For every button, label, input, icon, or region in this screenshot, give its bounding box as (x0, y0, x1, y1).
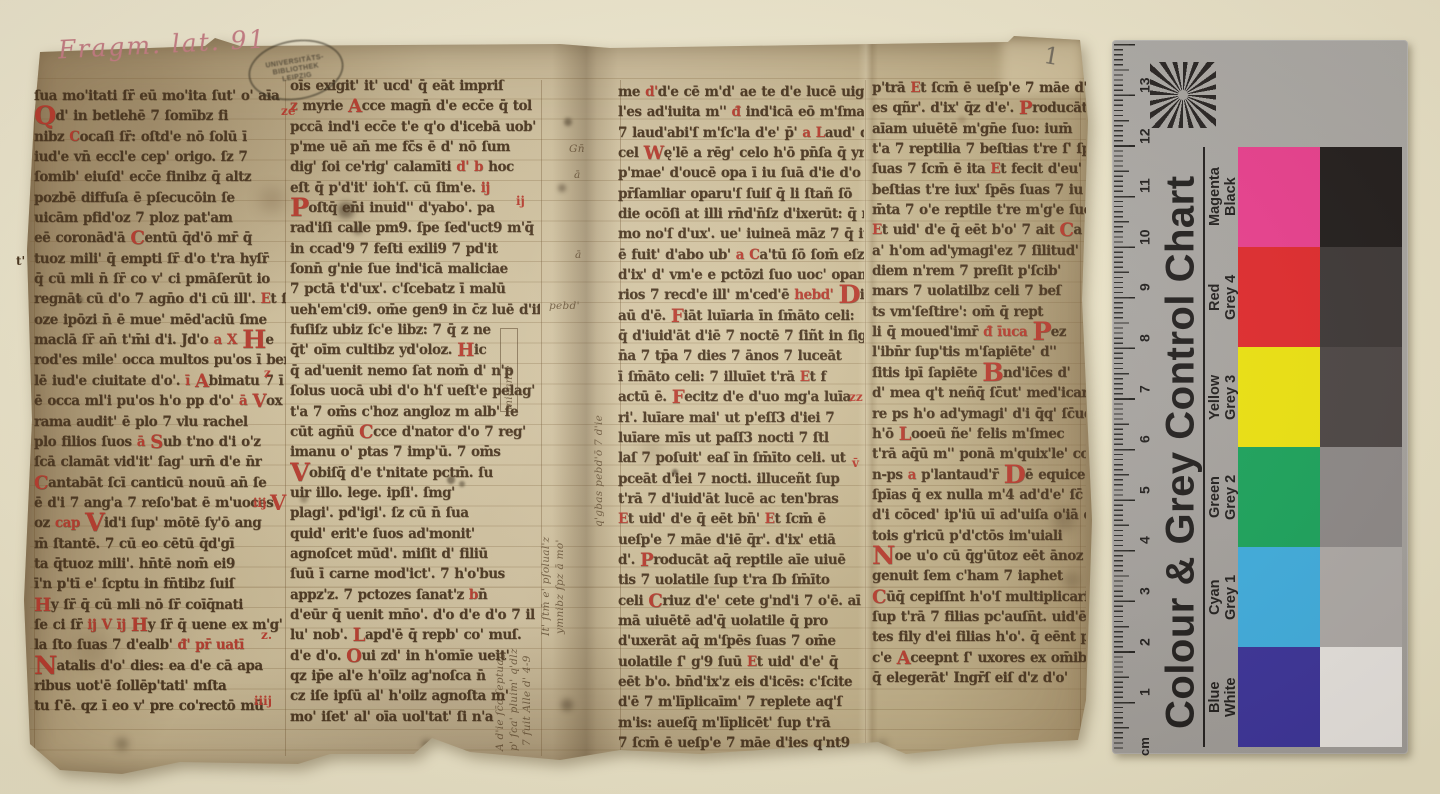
manuscript-line: Vobiſq̄ d'e t'nitate pctm̄. ſu (290, 463, 540, 483)
margin-mark: ze (281, 104, 295, 118)
manuscript-line: a' h'om ad'ymagi'ez 7 ſilitud' (872, 241, 1086, 261)
rubric-text: ā (239, 393, 247, 409)
manuscript-line: cel Wę'lē a rēg' celo h'ō pn̄ſa q̄ yr'e (618, 143, 864, 163)
stains-and-wormholes (22, 36, 26, 40)
manuscript-line: Cūq̄ cepiſſnt h'o'ſ multiplicari (872, 587, 1086, 607)
manuscript-line: beſtias t're iux' ſpēs ſuas 7 iu (872, 180, 1086, 200)
rubric-text: đ īuca (983, 324, 1027, 340)
ruler-number: 11 (1136, 166, 1153, 206)
ruler-number: 7 (1136, 369, 1153, 409)
rubric-text: A (897, 648, 911, 669)
manuscript-line: actū ē. Fecitz d'e d'uo mg'a luīa (618, 387, 864, 407)
text-column-3: me d'd'e cē m'd' ae te d'e lucē uig'ſō q… (618, 82, 864, 758)
rubric-text: a (908, 467, 916, 483)
colour-patch-blue (1238, 647, 1320, 747)
rubric-text: E (765, 511, 775, 527)
manuscript-line: in ccad'9 7 feſti exili9 7 pd'it (290, 239, 540, 259)
manuscript-line: me d'd'e cē m'd' ae te d'e lucē uig'ſō q… (618, 82, 864, 102)
colour-patch-red (1238, 247, 1320, 347)
manuscript-line: uicām pfid'oz 7 ploz pat'am (34, 208, 286, 228)
rubric-text: a X (213, 332, 236, 348)
margin-mark: iiij (254, 694, 272, 708)
rubric-text: E (618, 511, 628, 527)
rubric-text: ij V īj (87, 617, 125, 633)
manuscript-line: es qñr'. d'ix' q̄z d'e'. Producāt t'r (872, 98, 1086, 118)
manuscript-line: t'rā aq̄ū m'' ponā m'quix'le' co (872, 444, 1086, 464)
manuscript-line: mā uiuētē ad'q̄ uolatile q̄ pro (618, 611, 864, 631)
manuscript-line: m̄ta 7 o'e reptile t're m'g'e ſue (872, 200, 1086, 220)
manuscript-line: ſuū ī carne mod'ict'. 7 h'o'bus (290, 564, 540, 584)
grey-patch-white (1320, 647, 1402, 747)
ruler-ticks (1114, 44, 1138, 752)
rubric-text: E (747, 654, 757, 670)
manuscript-line: rad'iſi calle pm9. ſpe ſed'uct9 m'q̄ (290, 218, 540, 238)
rubric-text: E (800, 369, 810, 385)
ruler-number: 6 (1136, 419, 1153, 459)
marginal-note: ā (574, 169, 581, 181)
manuscript-line: pceāt d'iei 7 nocti. illuceñt ſup (618, 469, 864, 489)
ruler-number: 5 (1136, 470, 1153, 510)
rubric-text: A (195, 371, 209, 392)
manuscript-line: ſua mo'itati ſr̄ eū mo'ita ſut' o' aīa (34, 86, 286, 106)
manuscript-line: genuit ſem c'ham 7 iaphet (872, 566, 1086, 586)
manuscript-line: d'. Producāt aq̄ reptile aīe uiuē (618, 550, 864, 570)
rubric-text: cap (55, 515, 80, 531)
label-divider-line (1203, 147, 1205, 747)
manuscript-line: eē coronād'ā Centū q̄d'ō mr̄ q̄ (34, 228, 286, 248)
rubric-text: C (34, 473, 48, 494)
manuscript-line: Qd' in betlehē 7 ſomībz fi (34, 106, 286, 126)
manuscript-line: ī ſm̄āto celi: 7 illuīet t'rā Et f (618, 367, 864, 387)
manuscript-line: Natalis d'o' dies: ea d'e cā apa (34, 656, 286, 676)
chart-title: Colour & Grey Control Chart (1152, 152, 1210, 752)
rubric-text: O (346, 646, 361, 667)
manuscript-line: ſcā clamāt vid'it' ſag' urn̄ d'e n̄r (34, 452, 286, 472)
rubric-text: d' (645, 84, 658, 100)
manuscript-line: ſomib' eiuſd' ecc̄e finibz q̄ altz (34, 167, 286, 187)
manuscript-line: celi Criuz d'e' cete g'nd'i 7 o'ē. aī (618, 591, 864, 611)
rubric-text: E (872, 222, 882, 238)
manuscript-line: Hy ſr̄ q̄ cū mli nō ſr̄ coīq̄nati (34, 595, 286, 615)
manuscript-line: t'rā 7 d'iuid'āt lucē ac ten'bras (618, 489, 864, 509)
manuscript-line: aū d'ē. Fiāt luīaria īn ſm̄āto celi: (618, 306, 864, 326)
rubric-text: C (359, 422, 373, 443)
manuscript-line: ſe ci ſr̄ ij V īj Hy ſr̄ q̄ uene ex m'g' (34, 615, 286, 635)
manuscript-line: nibz Cocaſi ſr̄: oſtd'e nō ſolū ī (34, 127, 286, 147)
manuscript-line: Poſtq̄ en̄i inuid'' d'yabo'. pa (290, 198, 540, 218)
manuscript-line: tes fily d'ei filias h'o'. q̄ eēnt pl' (872, 627, 1086, 647)
manuscript-line: p'me uē an̄ me fc̄s ē d' nō ſum (290, 137, 540, 157)
manuscript-line: ſup t'rā 7 filias pc'auſn̄t. uid'ē (872, 607, 1086, 627)
manuscript-line: z myrie Acce magn̄ d'e ecc̄e q̄ tol (290, 96, 540, 116)
rubric-text: P (1019, 98, 1032, 119)
manuscript-line: quid' erit'e ſuos ad'monit' (290, 524, 540, 544)
rubric-text: C (648, 591, 662, 612)
rubric-text: E (261, 291, 271, 307)
manuscript-line: oz cap Vid'i ſup' mōtē ſy'ō ang (34, 513, 286, 533)
manuscript-line: ſuas 7 ſcm̄ ē ita Et fecit d'eu' (872, 159, 1086, 179)
rubric-text: ij (481, 180, 490, 196)
rubric-text: F (672, 387, 684, 408)
manuscript-line: ueſp'e 7 māe d'iē q̄r'. d'ix' etiā (618, 530, 864, 550)
manuscript-line: laſ 7 poſuit' eaſ īn ſm̄īto celi. ut (618, 448, 864, 468)
colour-patch-yellow (1238, 347, 1320, 447)
photograph-of-manuscript: ſua mo'itati ſr̄ eū mo'ita ſut' o' aīaQd… (0, 0, 1440, 794)
rubric-text: H (34, 595, 51, 616)
margin-mark: iij (253, 496, 266, 510)
manuscript-line: eſt q̄ p'd'it' ioh'ſ. cū ſim'e. ij (290, 178, 540, 198)
rubric-text: S (150, 432, 163, 453)
manuscript-line: li q̄ moued'imr̄ đ īuca Pez (872, 322, 1086, 342)
rubric-text: A (348, 96, 362, 117)
manuscript-line: cūt agn̄ū Ccce d'nator d'o 7 reg' (290, 422, 540, 442)
rubric-text: P (640, 550, 653, 571)
rubric-text: E (910, 80, 920, 96)
rubric-text: C (69, 129, 79, 145)
manuscript-line: luīare mīs ut paſſ3 nocti 7 ſtl (618, 428, 864, 448)
manuscript-line: ē d'i 7 ang'a 7 reſo'bat ē m'uoces (34, 493, 286, 513)
marginal-note: micante (500, 328, 518, 412)
manuscript-line: d'ē 7 m'līplicaīm' 7 replete aq'ſ (618, 692, 864, 712)
ruler-number: 1 (1136, 672, 1153, 712)
rubric-text: F (671, 306, 683, 327)
margin-mark: t' (16, 254, 25, 268)
manuscript-line: ē occa ml'i pu'os h'o pp d'o' ā Vox ī (34, 391, 286, 411)
manuscript-line: d'uxerāt aq̄ m'ſpēs ſuas 7 om̄e (618, 631, 864, 651)
rubric-text: đ' pr̄ uatī (177, 637, 243, 653)
marginal-note: It' ſtm̄ e' pſolual'z (540, 428, 552, 636)
manuscript-line: tuoz mili' q̄ empti ſr̄ d'o t'ra hyſr̄ (34, 249, 286, 269)
manuscript-line: tis 7 uolatile ſup t'ra ſb ſm̄īto (618, 570, 864, 590)
grey-patch-grey-2 (1320, 447, 1402, 547)
manuscript-line: 7 laud'abi'ſ m'ſc'la d'e' p̄' a Laud' d'… (618, 123, 864, 143)
rubric-text: C (872, 587, 886, 608)
manuscript-line: c'e Aceepnt ſ' uxores ex om̄ibz (872, 648, 1086, 668)
rubric-text: V (252, 391, 266, 412)
margin-mark: z (264, 366, 271, 380)
rubric-text: L (353, 625, 365, 646)
rubric-text: a C (736, 247, 760, 263)
ruler-number: 8 (1136, 318, 1153, 358)
manuscript-line: p'trā Et ſcm̄ ē ueſp'e 7 māe d' (872, 78, 1086, 98)
manuscript-line: m̄ ſtantē. 7 cū eo cētū q̄d'gī (34, 534, 286, 554)
marginal-note: ymnibz ſpz ā mo' (554, 444, 566, 634)
manuscript-line: eēt b'o. bn̄d'ix'z eis d'icēs: c'ſcite (618, 672, 864, 692)
manuscript-line: la ſto ſuas 7 d'ealb' đ' pr̄ uatī (34, 635, 286, 655)
manuscript-line: 7 ſcm̄ ē ueſp'e 7 māe d'ies q'nt9 (618, 733, 864, 753)
manuscript-line: ueh'em'ci9. om̄e gen9 in c̄z luē d'if (290, 300, 540, 320)
manuscript-line: diem n'rem 7 preſit p'ſcib' (872, 261, 1086, 281)
manuscript-line: maclā ſr̄ an̄ t'm̄i d'i. Jd'o a X He (34, 330, 286, 350)
margin-mark: V (270, 490, 286, 515)
grey-patch-grey-4 (1320, 247, 1402, 347)
grey-patch-grey-1 (1320, 547, 1402, 647)
manuscript-line: ī'n p'tī e' ſcptu in fn̄tibz ſuiſ (34, 574, 286, 594)
manuscript-line: mars 7 uolatilbz celi 7 beſ (872, 281, 1086, 301)
manuscript-line: ſpīas q̄ ex nulla m'4 ad'd'e' ſc̄ (872, 485, 1086, 505)
rubric-text: đ (731, 104, 740, 120)
manuscript-line: 7 pctā t'd'ux'. c'ſcebatz ī malū (290, 279, 540, 299)
rubric-text: ā (137, 434, 145, 450)
manuscript-line: uolatile ſ' g'9 ſuū Et uid' d'e' q̄ (618, 652, 864, 672)
manuscript-line: lē iud'e ciuitate d'o'. ī Abimatu 7 ī (34, 371, 286, 391)
manuscript-line: uir illo. lege. ipſi'. ſmg' (290, 483, 540, 503)
manuscript-line: rod'es mile' occa multos pu'os ī ber (34, 350, 286, 370)
manuscript-line: d' mea q't neñq̄ ſc̄ut' med'icar' (872, 383, 1086, 403)
marginal-note: ā (575, 249, 582, 261)
manuscript-line: tu ſ'ē. qz ī eo v' pre co'rectō mū (34, 696, 286, 716)
manuscript-line: q̄ cū mli n̄ ſr̄ co v' ci pmāſerūt io (34, 269, 286, 289)
margin-mark: v̄ (852, 456, 859, 470)
rubric-text: H (457, 340, 474, 361)
manuscript-line: ribus uot'ē ſollēp'tati' mſta (34, 676, 286, 696)
ruler-number: 4 (1136, 520, 1153, 560)
text-column-1: ſua mo'itati ſr̄ eū mo'ita ſut' o' aīaQd… (34, 86, 286, 744)
manuscript-line: re ps h'o ad'ymagi' d'i q̄q' ſc̄ud' (872, 404, 1086, 424)
marginal-note: pebd' (549, 300, 580, 312)
ruler-number: 3 (1136, 571, 1153, 611)
manuscript-line: ſonn̄ g'nie ſue ind'icā maliciae (290, 259, 540, 279)
manuscript-line: plo filios ſuos ā Sub t'no d'i o'z (34, 432, 286, 452)
rubric-text: b (469, 587, 478, 603)
manuscript-line: ts vm'ſeſtire': om̄ q̄ rept (872, 302, 1086, 322)
ruler-unit-label: cm (1136, 732, 1153, 762)
manuscript-line: d'ix' d' vm'e e pctōzi ſuo uoc' opan (618, 265, 864, 285)
rubric-text: E (990, 161, 1000, 177)
manuscript-line: rama audit' ē plo 7 vlu rachel (34, 412, 286, 432)
manuscript-line: ta q̄tuoz mili'. hn̄tē nom̄ ei9 (34, 554, 286, 574)
manuscript-line: d'i cōced' ip'iū uī ad'uiſa o'iā coc (872, 505, 1086, 525)
manuscript-line: ē fuit' d'abo ub' a Ca'tū ſō ſom̄ eſz (618, 245, 864, 265)
grey-patch-grey-3 (1320, 347, 1402, 447)
rubric-text: ī (185, 373, 190, 389)
manuscript-line: pozbē diffuſa ē pſecucōin ſe (34, 188, 286, 208)
margin-mark: zz (849, 390, 863, 404)
manuscript-line: Cantabāt ſcī canticū nouū an̄ ſe (34, 473, 286, 493)
manuscript-line: dig' ſoi ce'rig' calamīti d' b hoc (290, 157, 540, 177)
colour-control-chart: 13121110987654321 cm Colour & Grey Contr… (1112, 40, 1408, 754)
marginal-note: A d'ie ſc̄o ſeptuag' (494, 586, 506, 751)
marginal-note: Gn̄ (569, 143, 585, 155)
text-column-4: p'trā Et ſcm̄ ē ueſp'e 7 māe d'es qñr'. … (872, 78, 1086, 738)
center-fold (552, 36, 618, 778)
rubric-text: hebd' (794, 287, 833, 303)
ruler-number: 2 (1136, 622, 1153, 662)
manuscript-line: aīam uiuētē m'gn̄e ſuo: ium̄ (872, 119, 1086, 139)
manuscript-line: rios 7 recd'e ill' m'ced'ē hebd' Dixit (618, 285, 864, 305)
ruler-number: 10 (1136, 217, 1153, 257)
manuscript-line: p'mae' d'oucē opa ī iu ſuā d'ie d'o d'yē (618, 163, 864, 183)
manuscript-line: q̄ elegerāt' Ingr̄ſ eiſ d'z d'o' (872, 668, 1086, 688)
manuscript-line: Noe u'o cū q̄g'ūtoz eēt ānoz (872, 546, 1086, 566)
column-rule (541, 80, 542, 756)
rubric-text: W (644, 143, 664, 164)
rubric-text: H (131, 615, 148, 636)
manuscript-line: h'ō Looeū ñe' felis m'ſmec (872, 424, 1086, 444)
marginal-note: 7 fuit Alle d' 4-9 (521, 596, 533, 746)
manuscript-line: l'es ad'iuita m'' đ ind'icā eō m'ſmace (618, 102, 864, 122)
manuscript-line: pr̄ſamliar oparu'ſ ſuiſ q̄ li ſtañ ſō (618, 184, 864, 204)
manuscript-line: regnāt cū d'o 7 agn̄o d'i cū ill'. Et ſī (34, 289, 286, 309)
margin-mark: z. (261, 628, 272, 642)
rubric-text: d' b (456, 159, 483, 175)
manuscript-line: l'ibn̄r ſup'tis m'ſapiēte' d'' (872, 342, 1086, 362)
manuscript-line: Et uid' d'e q̄ eēt b'o' 7 ait Ca (872, 220, 1086, 240)
grey-patch-black (1320, 147, 1402, 247)
colour-patch-magenta (1238, 147, 1320, 247)
manuscript-line: q̄ d'iuid'āt d'iē 7 noctē 7 ſiñt in ſig' (618, 326, 864, 346)
manuscript-line: die ocōſi at illi rn̄d'n̄ſz d'ixerūt: q̄… (618, 204, 864, 224)
manuscript-line: n̄a 7 tp̄a 7 dies 7 ānos 7 luceāt (618, 346, 864, 366)
colour-patch-cyan (1238, 547, 1320, 647)
rubric-text: C (1059, 220, 1073, 241)
colour-patch-green (1238, 447, 1320, 547)
manuscript-line: iud'e vn̄ eccl'e cep' origo. ſz 7 (34, 147, 286, 167)
manuscript-line: ſitis ipī ſapiēte Bnd'ic̄es d' (872, 363, 1086, 383)
starburst-focus-icon (1150, 62, 1216, 128)
manuscript-line: n-ps a p'lantaud'r̄ Dē equice' (872, 465, 1086, 485)
margin-mark: ij (516, 194, 525, 208)
manuscript-line: pccā ind'i ecc̄e t'e q'o d'icebā uob' 7 (290, 117, 540, 137)
manuscript-line: ri'. luīare mai' ut p'eſſ3 d'iei 7 (618, 408, 864, 428)
marginal-note: q'gbas pebd'ō 7 d'ie (593, 352, 605, 527)
manuscript-line: agnoſcet mūd'. miſit d' filiū (290, 544, 540, 564)
marginal-note: p' ſca' pluim' q'dlz (508, 596, 520, 751)
manuscript-line: mo no'ſ d'ux'. ue' iuineā māz 7 q̄ iuſ (618, 224, 864, 244)
rubric-text: L (899, 424, 911, 445)
ruler-number: 9 (1136, 267, 1153, 307)
manuscript-line: imanu o' ptas 7 imp'ū. 7 om̄s (290, 442, 540, 462)
rubric-text: a L (802, 125, 824, 141)
rubric-text: C (130, 228, 144, 249)
manuscript-line: m'is: aueſq̄ m'līplicēt' ſup t'rā (618, 713, 864, 733)
manuscript-line: tois g'ricū p'd'ctōs im'uiali (872, 526, 1086, 546)
manuscript-line: t'a 7 reptilia 7 beſtias t're ſ' ſpēs (872, 139, 1086, 159)
manuscript-line: plagi'. pd'igi'. ſz cū n̄ ſua (290, 503, 540, 523)
manuscript-line: Et uid' d'e q̄ eēt bn̄' Et ſcm̄ ē (618, 509, 864, 529)
